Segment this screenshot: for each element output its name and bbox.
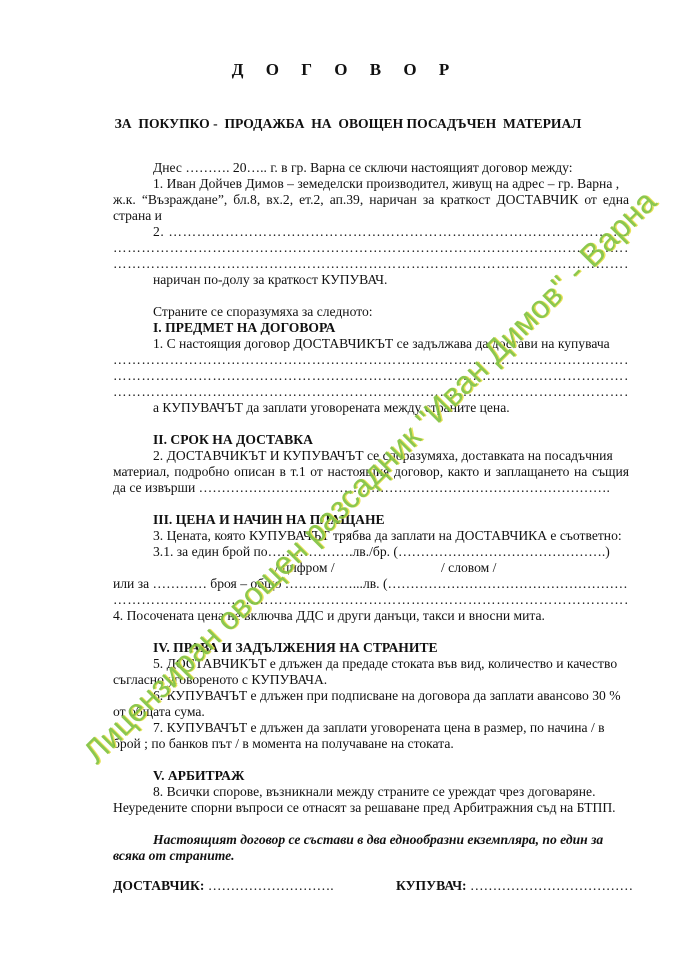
party2-line-a: 2. ………………………………………………………………………………………….: [113, 224, 629, 240]
party1-line-c: страна и: [113, 208, 629, 224]
section-4-heading: IV. ПРАВА И ЗАДЪЛЖЕНИЯ НА СТРАНИТЕ: [113, 640, 629, 656]
section-3-heading: III. ЦЕНА И НАЧИН НА ПЛАЩАНЕ: [113, 512, 629, 528]
supplier-label: ДОСТАВЧИК:: [113, 878, 204, 893]
party2-line-c: …………………………………………………………………………………………………...: [113, 256, 629, 272]
supplier-signature-field: ……………………….: [204, 878, 333, 893]
caption-digits: / цифром /: [275, 560, 335, 576]
section-3-captions: / цифром / / словом /: [113, 560, 629, 576]
section-4-line: 6. КУПУВАЧЪТ е длъжен при подписване на …: [113, 688, 629, 704]
section-1-line: 1. С настоящия договор ДОСТАВЧИКЪТ се за…: [113, 336, 629, 352]
section-4-line: 5. ДОСТАВЧИКЪТ е длъжен да предаде стока…: [113, 656, 629, 672]
section-2-line: да се извърши ………………………………………………………………………: [113, 480, 629, 496]
section-3-line: или за ………… броя – общо ……………...лв. (…………: [113, 576, 629, 592]
section-3-line: 4. Посочената цена не включва ДДС и друг…: [113, 608, 629, 624]
section-1-line: а КУПУВАЧЪТ да заплати уговорената между…: [113, 400, 629, 416]
contract-body: Днес ………. 20….. г. в гр. Варна се сключи…: [113, 160, 629, 864]
party1-line-b: ж.к. “Възраждане”, бл.8, вх.2, ет.2, ап.…: [113, 192, 629, 208]
party1-line-a: 1. Иван Дойчев Димов – земеделски произв…: [113, 176, 629, 192]
section-1-line: …………………………………………………………………………………………………...: [113, 352, 629, 368]
buyer-label: КУПУВАЧ:: [396, 878, 467, 893]
section-4-line: съгласно уговореното с КУПУВАЧА.: [113, 672, 629, 688]
closing-line-1: Настоящият договор се състави в два едно…: [113, 832, 629, 848]
closing-line-2: всяка от страните.: [113, 848, 629, 864]
intro-date-line: Днес ………. 20….. г. в гр. Варна се сключи…: [113, 160, 629, 176]
section-3-line: 3.1. за един брой по……………….лв./бр. (……………: [113, 544, 629, 560]
section-1-line: ……………………………………………………………………………………………………,: [113, 384, 629, 400]
section-4-line: 7. КУПУВАЧЪТ е длъжен да заплати уговоре…: [113, 720, 629, 736]
section-4-line: брой ; по банков път / в момента на полу…: [113, 736, 629, 752]
party2-line-d: наричан по-долу за краткост КУПУВАЧ.: [113, 272, 629, 288]
party2-line-b: …………………………………………………………………………………………………...: [113, 240, 629, 256]
section-4-line: от общата сума.: [113, 704, 629, 720]
signatures: ДОСТАВЧИК: ………………………. КУПУВАЧ: …………………………: [113, 878, 633, 894]
section-3-line: …………………………………………………………………………………………………...: [113, 592, 629, 608]
supplier-signature: ДОСТАВЧИК: ……………………….: [113, 878, 334, 893]
agreed-line: Страните се споразумяха за следното:: [113, 304, 629, 320]
section-2-line: материал, подробно описан в т.1 от насто…: [113, 464, 629, 480]
contract-page: Д О Г О В О Р ЗА ПОКУПКО - ПРОДАЖБА НА О…: [0, 0, 678, 960]
document-title: Д О Г О В О Р: [0, 60, 678, 80]
section-5-heading: V. АРБИТРАЖ: [113, 768, 629, 784]
document-subtitle: ЗА ПОКУПКО - ПРОДАЖБА НА ОВОЩЕН ПОСАДЪЧЕ…: [0, 116, 678, 132]
section-5-line: Неуредените спорни въпроси се отнасят за…: [113, 800, 629, 816]
buyer-signature: КУПУВАЧ: ………………………………: [396, 878, 633, 894]
section-1-heading: I. ПРЕДМЕТ НА ДОГОВОРА: [113, 320, 629, 336]
caption-words: / словом /: [441, 560, 496, 576]
section-2-line: 2. ДОСТАВЧИКЪТ И КУПУВАЧЪТ се споразумях…: [113, 448, 629, 464]
buyer-signature-field: ………………………………: [467, 878, 634, 893]
section-2-heading: II. СРОК НА ДОСТАВКА: [113, 432, 629, 448]
section-1-line: …………………………………………………………………………………………………...: [113, 368, 629, 384]
section-3-line: 3. Цената, която КУПУВАЧЪТ трябва да зап…: [113, 528, 629, 544]
section-5-line: 8. Всички спорове, възникнали между стра…: [113, 784, 629, 800]
